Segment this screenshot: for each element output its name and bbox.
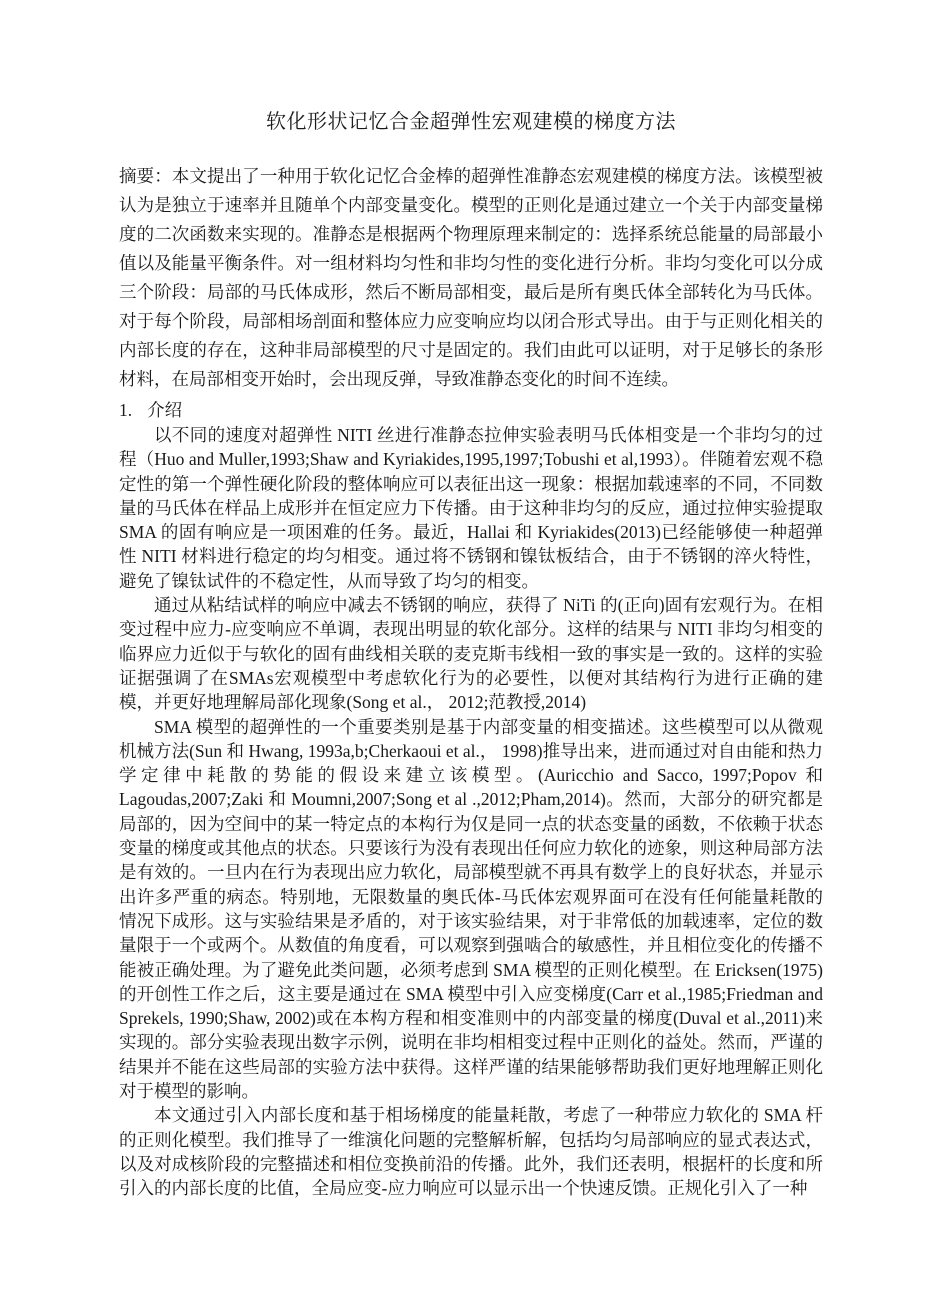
paragraph: 通过从粘结试样的响应中减去不锈钢的响应，获得了 NiTi 的(正向)固有宏观行为… [119,593,823,714]
section-heading: 1.介绍 [119,398,823,423]
section-title: 介绍 [147,400,182,420]
abstract-paragraph: 摘要：本文提出了一种用于软化记忆合金棒的超弹性准静态宏观建模的梯度方法。该模型被… [119,162,823,394]
paragraph: 本文通过引入内部长度和基于相场梯度的能量耗散，考虑了一种带应力软化的 SMA 杆… [119,1103,823,1200]
document-page: 软化形状记忆合金超弹性宏观建模的梯度方法 摘要：本文提出了一种用于软化记忆合金棒… [0,0,926,1309]
section-number: 1. [119,398,132,423]
paragraph: SMA 模型的超弹性的一个重要类别是基于内部变量的相变描述。这些模型可以从微观机… [119,715,823,1104]
paragraph: 以不同的速度对超弹性 NITI 丝进行准静态拉伸实验表明马氏体相变是一个非均匀的… [119,423,823,593]
paper-title: 软化形状记忆合金超弹性宏观建模的梯度方法 [119,108,823,136]
